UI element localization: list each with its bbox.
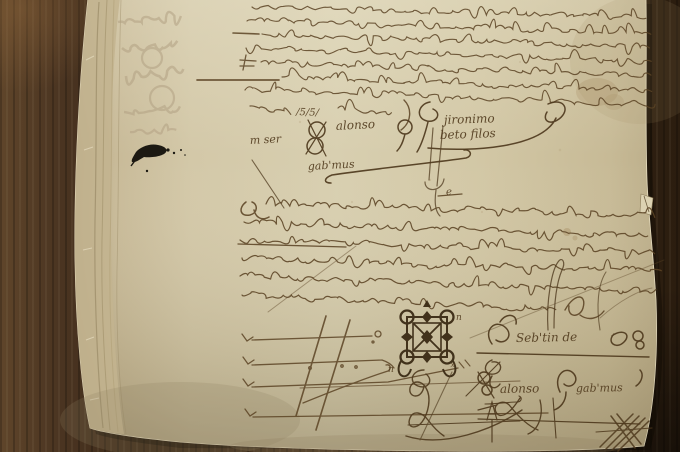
- sign-mark-n-top: n: [456, 313, 462, 323]
- signature-alonso-line2: gab'mus: [576, 381, 623, 395]
- signature-left-name: alonso: [335, 117, 375, 133]
- insert-mark: e: [446, 187, 452, 198]
- signature-left-prefix: m ser: [249, 132, 282, 147]
- manuscript-scene: /5/5/ jironimo beto filos m ser alonso g…: [0, 0, 680, 452]
- signature-jeronimo-line1: jironimo: [441, 111, 495, 127]
- sign-mark-n-bottom: n: [388, 365, 394, 375]
- signature-sebastian-name: Seb'tin de: [516, 330, 578, 345]
- signature-left-line2: gab'mus: [307, 158, 355, 173]
- signature-jeronimo-line2: beto filos: [440, 126, 496, 142]
- manuscript-photo: /5/5/ jironimo beto filos m ser alonso g…: [0, 0, 680, 452]
- date-digits: /5/5/: [295, 107, 321, 119]
- signature-alonso-name: alonso: [500, 381, 540, 396]
- sign-mark-quote: »: [450, 360, 456, 371]
